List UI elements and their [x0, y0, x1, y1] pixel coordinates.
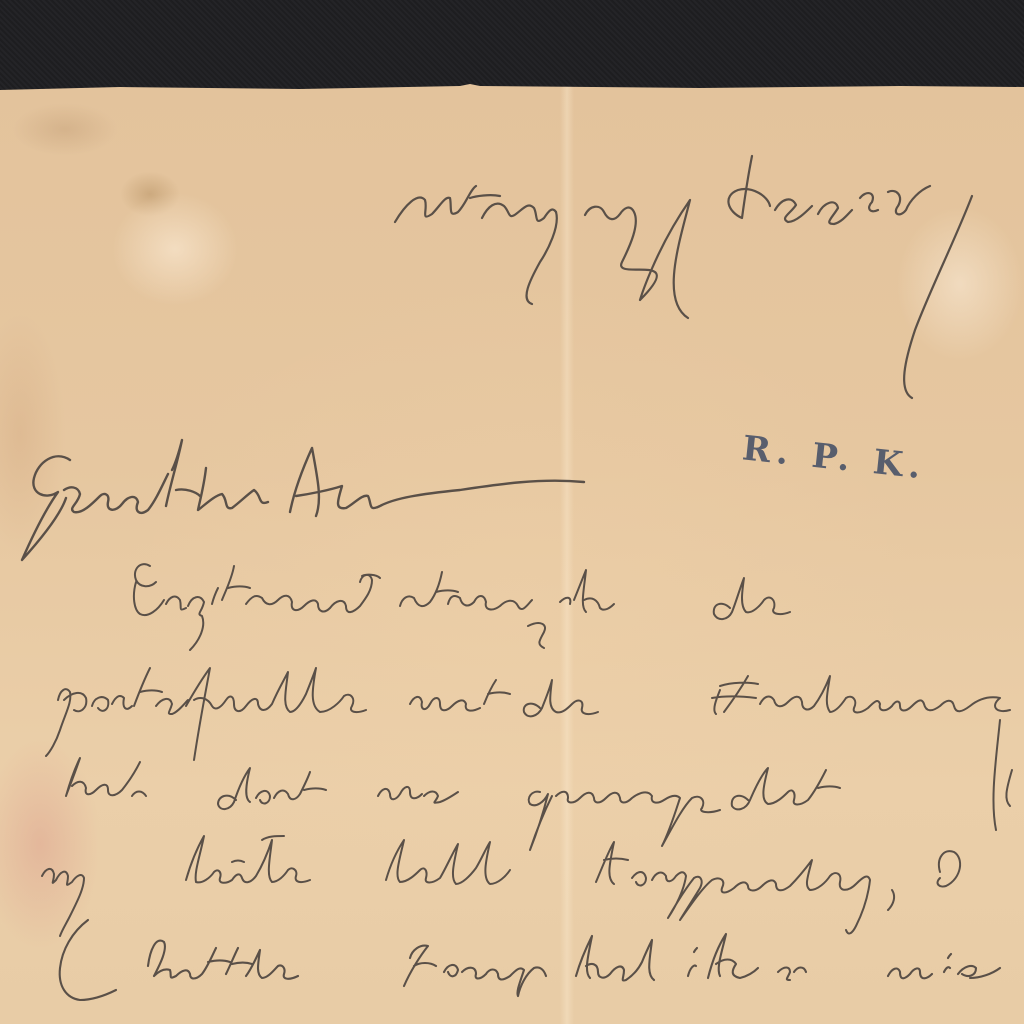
- body-line-5-strokes: [60, 920, 1000, 1000]
- body-line-2-strokes: [46, 668, 1010, 830]
- salutation-strokes: [22, 440, 584, 560]
- body-line-1-strokes: [134, 564, 790, 650]
- date-line-strokes: [395, 156, 972, 398]
- body-line-3-strokes: [66, 758, 1012, 850]
- handwriting-strokes: [0, 0, 1024, 1024]
- body-line-4-strokes: [42, 836, 960, 936]
